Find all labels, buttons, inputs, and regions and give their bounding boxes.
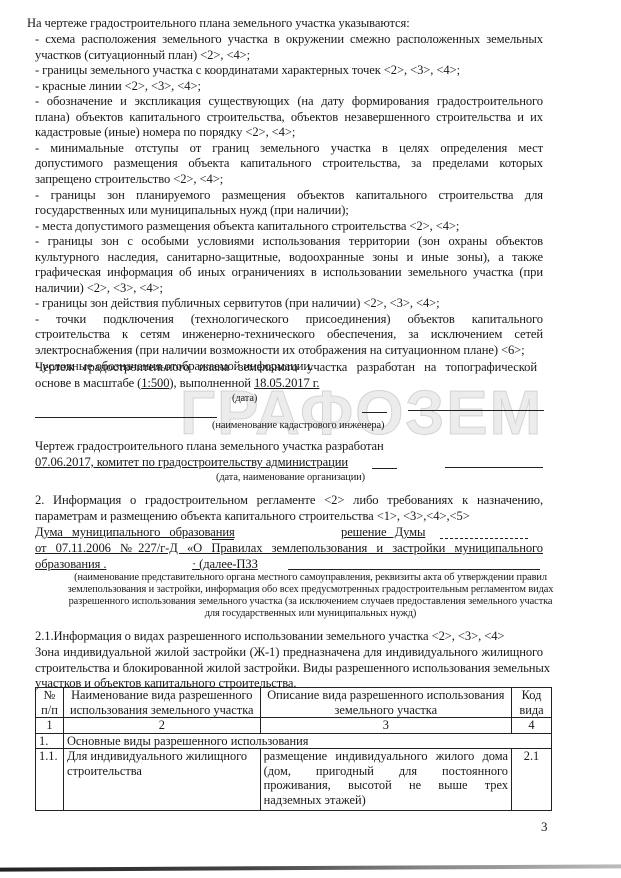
developer-line-2: 07.06.2017, комитет по градостроительств… [35, 455, 348, 470]
drawing-item-line: - места допустимого размещения объекта к… [35, 219, 459, 234]
section2-line-2: параметрам и размещению объекта капиталь… [35, 509, 470, 524]
numbering-cell: 4 [512, 718, 552, 734]
blank-line [445, 467, 543, 468]
drawing-item-line: - границы зон планируемого размещения об… [35, 188, 543, 203]
developer-line-1: Чертеж градостроительного плана земельно… [35, 439, 384, 454]
drawing-item-line: графическая информация об иных ограничен… [35, 265, 543, 280]
drawing-item-line: - красные линии <2>, <3>, <4>; [35, 79, 201, 94]
act-line-3-right: · (далее-ПЗЗ [192, 557, 258, 572]
paragraph-line: строительства и блокированной жилой заст… [35, 661, 543, 676]
drawing-intro: На чертеже градостроительного плана земе… [27, 16, 410, 31]
drawing-item-line: государственных или муниципальных нужд (… [35, 203, 349, 218]
caption-line: (наименование представительного органа м… [0, 572, 621, 584]
header-cell: № п/п [36, 688, 64, 718]
table-row: 1.1. Для индивидуального жилищного строи… [36, 749, 552, 811]
table-header-row: № п/п Наименование вида разрешенного исп… [36, 688, 552, 718]
drawing-item-line: электроснабжения (при наличии возможност… [35, 343, 525, 358]
permitted-use-table: № п/п Наименование вида разрешенного исп… [35, 687, 552, 811]
drawing-item-line: - схема расположения земельного участка … [35, 32, 543, 47]
header-cell: Описание вида разрешенного использования… [260, 688, 511, 718]
caption-line: разрешенного использования земельного уч… [0, 596, 621, 608]
signature-line [362, 412, 387, 413]
date-caption: (дата) [232, 393, 257, 405]
section2-line-1: 2. Информация о градостроительном реглам… [35, 493, 543, 508]
drawing-item-line: - точки подключения (технологического пр… [35, 312, 543, 327]
topo-line-2: основе в масштабе (1:500), выполненной 1… [35, 376, 319, 391]
scale-value: 1:500 [141, 376, 169, 390]
drawing-item-line: наличии) <2>, <3>, <4>; [35, 281, 163, 296]
drawing-item-line: - границы зон действия публичных сервиту… [35, 296, 440, 311]
table-group-row: 1. Основные виды разрешенного использова… [36, 733, 552, 749]
drawing-item-line: - обозначение и экспликация существующих… [35, 94, 543, 109]
page-number: 3 [541, 819, 548, 835]
drawing-item-line: - границы земельного участка с координат… [35, 63, 460, 78]
signature-line [408, 410, 544, 411]
act-line-3-left: образования . [35, 557, 106, 572]
signature-line [35, 417, 217, 418]
header-cell: Наименование вида разрешенного использов… [63, 688, 260, 718]
drawing-item-line: допустимого размещения объекта капитальн… [35, 156, 543, 171]
drawing-item-line: - границы зон с особыми условиями исполь… [35, 234, 543, 249]
document-page: ГРАФОЗЕМ На чертеже градостроительного п… [0, 0, 621, 878]
numbering-cell: 3 [260, 718, 511, 734]
act-authority: Дума муниципального образования [35, 525, 235, 540]
developer-caption: (дата, наименование организации) [216, 472, 365, 484]
drawing-item-line: участков (ситуационный план) <2>, <4>; [35, 48, 250, 63]
drawing-item-line: запрещено строительство <2>, <4>; [35, 172, 223, 187]
drawing-item-line: кадастровые (иные) номера по порядку <2>… [35, 125, 295, 140]
row-num-cell: 1.1. [36, 749, 64, 811]
act-type: решение Думы [341, 525, 425, 540]
header-cell: Код вида [512, 688, 552, 718]
drawing-item-line: плана) объектов капитального строительст… [35, 110, 543, 125]
blank-line [212, 539, 234, 540]
engineer-caption: (наименование кадастрового инженера) [212, 420, 384, 432]
caption-line: землепользования и застройки, информация… [0, 584, 621, 596]
section21-title: 2.1.Информация о видах разрешенного испо… [35, 629, 504, 644]
scan-edge [0, 864, 621, 871]
numbering-cell: 2 [63, 718, 260, 734]
drawing-item-line: - минимальные отступы от границ земельно… [35, 141, 543, 156]
row-code-cell: 2.1 [512, 749, 552, 811]
row-description-cell: размещение индивидуального жилого дома (… [260, 749, 511, 811]
paragraph-line: Зона индивидуальной жилой застройки (Ж-1… [35, 645, 543, 660]
blank-line [440, 538, 528, 539]
drawing-item-line: строительства к сетям инженерно-техничес… [35, 327, 543, 342]
group-label-cell: Основные виды разрешенного использования [63, 733, 551, 749]
topo-date: 18.05.2017 г. [254, 376, 319, 390]
drawing-item-line: культурного наследия, санитарно-защитные… [35, 250, 543, 265]
caption-line: для государственных или муниципальных ну… [0, 608, 621, 620]
row-name-cell: Для индивидуального жилищного строительс… [63, 749, 260, 811]
blank-line [372, 468, 397, 469]
table-numbering-row: 1 2 3 4 [36, 718, 552, 734]
act-details: от 07.11.2006 №227/г-Д «О Правилах земле… [35, 541, 543, 556]
numbering-cell: 1 [36, 718, 64, 734]
topo-line-1: Чертеж градостроительного плана земельно… [35, 360, 537, 375]
group-num-cell: 1. [36, 733, 64, 749]
blank-line [288, 569, 540, 570]
